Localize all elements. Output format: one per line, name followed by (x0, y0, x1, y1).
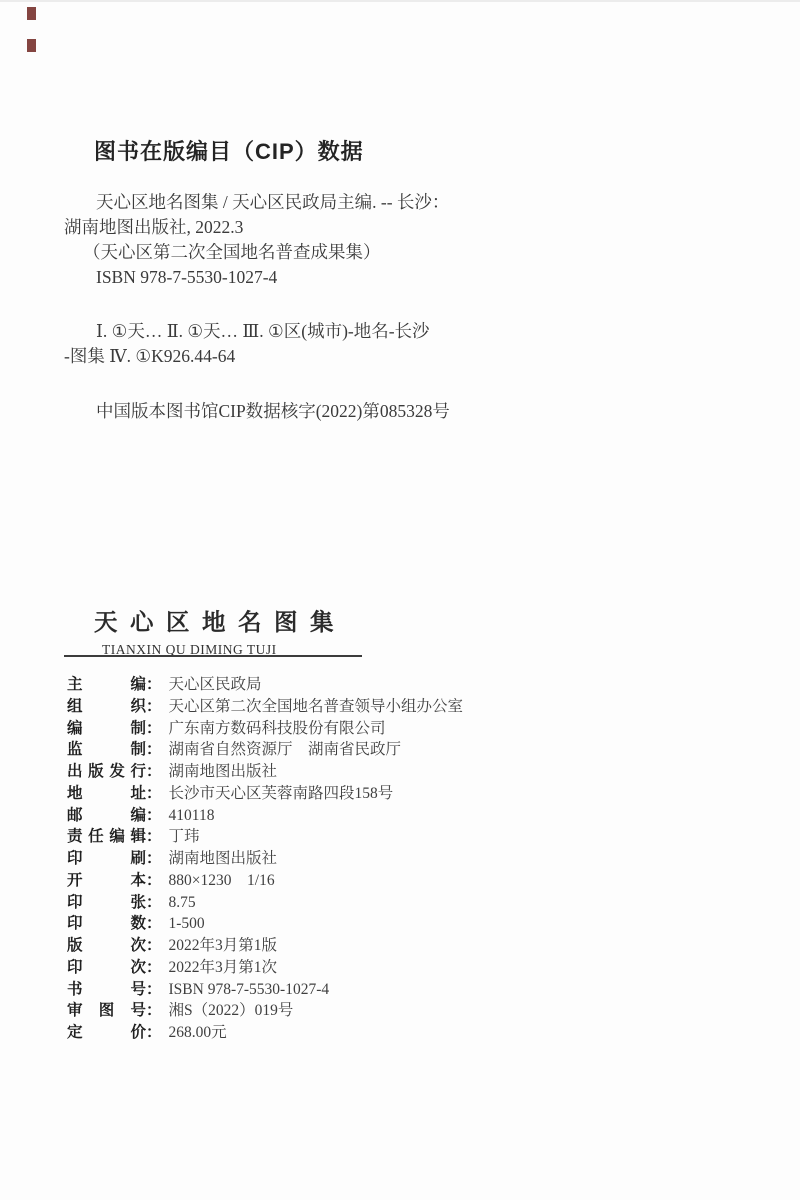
row-value: 8.75 (169, 894, 196, 911)
cip-line: 中国版本图书馆CIP数据核字(2022)第085328号 (64, 399, 544, 424)
colophon-row-price: 定价：268.00元 (67, 1022, 463, 1044)
row-colon: ： (146, 698, 162, 715)
row-colon: ： (146, 720, 162, 737)
row-label: 定价 (67, 1022, 146, 1044)
row-colon: ： (146, 959, 162, 976)
row-colon: ： (146, 1002, 162, 1019)
scan-artifact-mark (27, 39, 36, 52)
colophon-row-address: 地址：长沙市天心区芙蓉南路四段158号 (67, 783, 463, 805)
cip-paragraph-registration: 中国版本图书馆CIP数据核字(2022)第085328号 (64, 399, 544, 424)
row-colon: ： (146, 850, 162, 867)
colophon-row-responsible-editor: 责任编辑：丁玮 (67, 826, 463, 848)
cip-line: ISBN 978-7-5530-1027-4 (64, 265, 544, 290)
colophon-list: 主编：天心区民政局 组织：天心区第二次全国地名普查领导小组办公室 编制：广东南方… (67, 674, 463, 1044)
row-label: 审图号 (67, 1000, 146, 1022)
row-label: 组织 (67, 696, 146, 718)
row-label: 地址 (67, 783, 146, 805)
cip-line: （天心区第二次全国地名普查成果集） (64, 240, 544, 265)
row-label: 版次 (67, 935, 146, 957)
colophon-row-sheets: 印张：8.75 (67, 892, 463, 914)
colophon-row-print-run: 印数：1-500 (67, 913, 463, 935)
row-label: 印张 (67, 892, 146, 914)
row-value: 268.00元 (169, 1024, 227, 1041)
cip-paragraph-classification: Ⅰ. ①天… Ⅱ. ①天… Ⅲ. ①区(城市)-地名-长沙 -图集 Ⅳ. ①K9… (64, 319, 544, 369)
row-colon: ： (146, 763, 162, 780)
row-value: 长沙市天心区芙蓉南路四段158号 (169, 785, 394, 802)
copyright-page: 图书在版编目（CIP）数据 天心区地名图集 / 天心区民政局主编. -- 长沙：… (0, 0, 800, 1200)
row-colon: ： (146, 785, 162, 802)
row-label: 书号 (67, 979, 146, 1001)
colophon-row-chief-editor: 主编：天心区民政局 (67, 674, 463, 696)
cip-paragraph-bibliographic: 天心区地名图集 / 天心区民政局主编. -- 长沙： 湖南地图出版社, 2022… (64, 190, 544, 290)
row-label: 印刷 (67, 848, 146, 870)
book-title-block: 天心区地名图集 TIANXIN QU DIMING TUJI (94, 603, 346, 658)
row-label: 编制 (67, 718, 146, 740)
row-label: 责任编辑 (67, 826, 146, 848)
scan-artifact-mark (27, 7, 36, 20)
colophon-row-map-approval-number: 审图号：湘S（2022）019号 (67, 1000, 463, 1022)
row-label: 监制 (67, 739, 146, 761)
book-title: 天心区地名图集 (94, 603, 346, 637)
row-colon: ： (146, 741, 162, 758)
colophon-row-organizer: 组织：天心区第二次全国地名普查领导小组办公室 (67, 696, 463, 718)
row-value: 湖南地图出版社 (169, 763, 278, 780)
row-value: 湖南省自然资源厅 湖南省民政厅 (169, 741, 402, 758)
row-colon: ： (146, 981, 162, 998)
cip-line: 湖南地图出版社, 2022.3 (64, 215, 544, 240)
colophon-row-postcode: 邮编：410118 (67, 805, 463, 827)
colophon-row-isbn: 书号：ISBN 978-7-5530-1027-4 (67, 979, 463, 1001)
cip-line: Ⅰ. ①天… Ⅱ. ①天… Ⅲ. ①区(城市)-地名-长沙 (64, 319, 544, 344)
row-value: 2022年3月第1版 (169, 937, 278, 954)
row-colon: ： (146, 828, 162, 845)
colophon-row-edition: 版次：2022年3月第1版 (67, 935, 463, 957)
cip-heading: 图书在版编目（CIP）数据 (94, 135, 364, 166)
row-value: 880×1230 1/16 (169, 872, 275, 889)
colophon-row-format: 开本：880×1230 1/16 (67, 870, 463, 892)
row-colon: ： (146, 894, 162, 911)
title-divider-rule (64, 655, 362, 657)
row-value: 1-500 (169, 915, 205, 932)
row-value: 广东南方数码科技股份有限公司 (169, 720, 386, 737)
row-value: 湖南地图出版社 (169, 850, 278, 867)
cip-line: -图集 Ⅳ. ①K926.44-64 (64, 344, 544, 369)
row-colon: ： (146, 872, 162, 889)
colophon-row-impression: 印次：2022年3月第1次 (67, 957, 463, 979)
colophon-row-compiler: 编制：广东南方数码科技股份有限公司 (67, 718, 463, 740)
row-value: 410118 (169, 807, 215, 824)
cip-line: 天心区地名图集 / 天心区民政局主编. -- 长沙： (64, 190, 544, 215)
row-label: 印次 (67, 957, 146, 979)
row-colon: ： (146, 807, 162, 824)
row-value: 丁玮 (169, 828, 200, 845)
row-value: 2022年3月第1次 (169, 959, 278, 976)
row-value: 湘S（2022）019号 (169, 1002, 294, 1019)
row-colon: ： (146, 915, 162, 932)
row-value: 天心区第二次全国地名普查领导小组办公室 (169, 698, 464, 715)
row-value: ISBN 978-7-5530-1027-4 (169, 981, 330, 998)
colophon-row-supervisor: 监制：湖南省自然资源厅 湖南省民政厅 (67, 739, 463, 761)
row-value: 天心区民政局 (169, 676, 262, 693)
colophon-row-publisher: 出版发行：湖南地图出版社 (67, 761, 463, 783)
row-label: 出版发行 (67, 761, 146, 783)
row-colon: ： (146, 1024, 162, 1041)
row-label: 印数 (67, 913, 146, 935)
row-label: 开本 (67, 870, 146, 892)
row-label: 邮编 (67, 805, 146, 827)
row-colon: ： (146, 676, 162, 693)
row-label: 主编 (67, 674, 146, 696)
row-colon: ： (146, 937, 162, 954)
cip-data-block: 天心区地名图集 / 天心区民政局主编. -- 长沙： 湖南地图出版社, 2022… (64, 190, 544, 424)
colophon-row-printer: 印刷：湖南地图出版社 (67, 848, 463, 870)
